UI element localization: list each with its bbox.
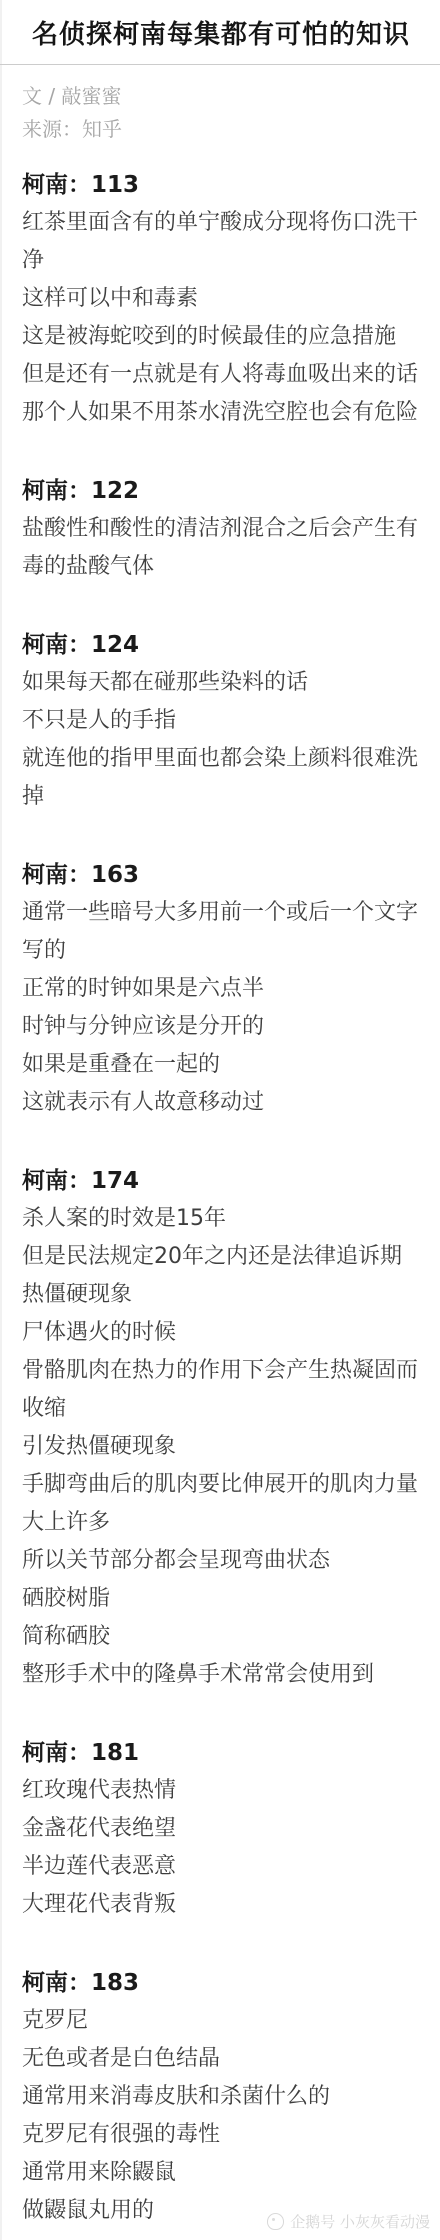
body-line: 这就表示有人故意移动过 [22, 1084, 420, 1122]
article-page: 名侦探柯南每集都有可怕的知识 文 / 敲蜜蜜 来源：知乎 柯南：113红茶里面含… [0, 0, 440, 2240]
body-line: 盐酸性和酸性的清洁剂混合之后会产生有毒的盐酸气体 [22, 510, 420, 586]
body-line: 这样可以中和毒素 [22, 280, 420, 318]
body-line: 时钟与分钟应该是分开的 [22, 1008, 420, 1046]
body-line: 克罗尼有很强的毒性 [22, 2116, 420, 2154]
body-line: 热僵硬现象 [22, 1276, 420, 1314]
section-heading: 柯南：124 [22, 626, 420, 664]
article-meta: 文 / 敲蜜蜜 来源：知乎 [22, 80, 420, 146]
body-line: 大理花代表背叛 [22, 1886, 420, 1924]
body-line: 骨骼肌肉在热力的作用下会产生热凝固而收缩 [22, 1352, 420, 1428]
episode-section: 柯南：113红茶里面含有的单宁酸成分现将伤口洗干净这样可以中和毒素这是被海蛇咬到… [22, 166, 420, 432]
article-header: 名侦探柯南每集都有可怕的知识 文 / 敲蜜蜜 来源：知乎 [22, 18, 420, 146]
body-line: 硒胶树脂 [22, 1580, 420, 1618]
title-divider [0, 64, 440, 65]
body-line: 但是还有一点就是有人将毒血吸出来的话 [22, 356, 420, 394]
body-line: 那个人如果不用茶水清洗空腔也会有危险 [22, 394, 420, 432]
penguin-icon [267, 2213, 284, 2230]
body-line: 红玫瑰代表热情 [22, 1772, 420, 1810]
body-line: 半边莲代表恶意 [22, 1848, 420, 1886]
episode-section: 柯南：122盐酸性和酸性的清洁剂混合之后会产生有毒的盐酸气体 [22, 472, 420, 586]
watermark-text: 企鹅号 小灰灰看动漫 [290, 2211, 430, 2232]
episode-section: 柯南：163通常一些暗号大多用前一个或后一个文字写的正常的时钟如果是六点半时钟与… [22, 856, 420, 1122]
body-line: 尸体遇火的时候 [22, 1314, 420, 1352]
episode-section: 柯南：181红玫瑰代表热情金盏花代表绝望半边莲代表恶意大理花代表背叛 [22, 1734, 420, 1924]
section-heading: 柯南：174 [22, 1162, 420, 1200]
body-line: 不只是人的手指 [22, 702, 420, 740]
section-heading: 柯南：181 [22, 1734, 420, 1772]
body-line: 简称硒胶 [22, 1618, 420, 1656]
body-line: 整形手术中的隆鼻手术常常会使用到 [22, 1656, 420, 1694]
body-line: 正常的时钟如果是六点半 [22, 970, 420, 1008]
body-line: 但是民法规定20年之内还是法律追诉期 [22, 1238, 420, 1276]
body-line: 这是被海蛇咬到的时候最佳的应急措施 [22, 318, 420, 356]
page-title: 名侦探柯南每集都有可怕的知识 [22, 18, 420, 52]
body-line: 克罗尼 [22, 2002, 420, 2040]
body-line: 如果是重叠在一起的 [22, 1046, 420, 1084]
section-heading: 柯南：122 [22, 472, 420, 510]
section-heading: 柯南：113 [22, 166, 420, 204]
episode-section: 柯南：183克罗尼无色或者是白色结晶通常用来消毒皮肤和杀菌什么的克罗尼有很强的毒… [22, 1964, 420, 2230]
byline: 文 / 敲蜜蜜 [22, 80, 420, 113]
body-line: 通常用来除鼹鼠 [22, 2154, 420, 2192]
body-line: 如果每天都在碰那些染料的话 [22, 664, 420, 702]
source-line: 来源：知乎 [22, 113, 420, 146]
article-body: 柯南：113红茶里面含有的单宁酸成分现将伤口洗干净这样可以中和毒素这是被海蛇咬到… [22, 166, 420, 2230]
section-heading: 柯南：163 [22, 856, 420, 894]
body-line: 就连他的指甲里面也都会染上颜料很难洗掉 [22, 740, 420, 816]
episode-section: 柯南：124如果每天都在碰那些染料的话不只是人的手指就连他的指甲里面也都会染上颜… [22, 626, 420, 816]
body-line: 手脚弯曲后的肌肉要比伸展开的肌肉力量大上许多 [22, 1466, 420, 1542]
section-heading: 柯南：183 [22, 1964, 420, 2002]
episode-section: 柯南：174杀人案的时效是15年但是民法规定20年之内还是法律追诉期热僵硬现象尸… [22, 1162, 420, 1694]
body-line: 红茶里面含有的单宁酸成分现将伤口洗干净 [22, 204, 420, 280]
body-line: 通常用来消毒皮肤和杀菌什么的 [22, 2078, 420, 2116]
body-line: 所以关节部分都会呈现弯曲状态 [22, 1542, 420, 1580]
body-line: 杀人案的时效是15年 [22, 1200, 420, 1238]
body-line: 金盏花代表绝望 [22, 1810, 420, 1848]
watermark: 企鹅号 小灰灰看动漫 [267, 2211, 430, 2232]
body-line: 无色或者是白色结晶 [22, 2040, 420, 2078]
body-line: 引发热僵硬现象 [22, 1428, 420, 1466]
body-line: 通常一些暗号大多用前一个或后一个文字写的 [22, 894, 420, 970]
